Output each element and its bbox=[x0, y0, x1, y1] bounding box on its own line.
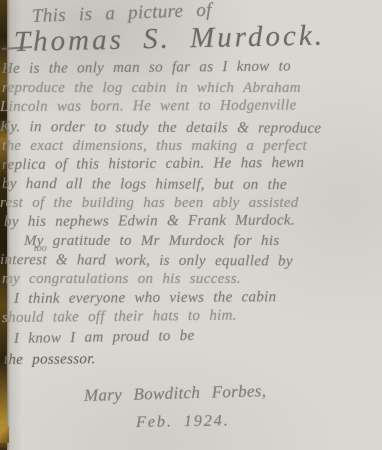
note-name-line: Thomas S. Murdock. bbox=[14, 19, 326, 59]
note-line: my congratulations on his success. bbox=[2, 271, 241, 288]
date-line: Feb. 1924. bbox=[136, 412, 230, 432]
note-line: I know I am proud to be bbox=[14, 328, 195, 348]
note-line: reproduce the log cabin in which Abraham bbox=[2, 80, 301, 97]
signature: Mary Bowditch Forbes, bbox=[84, 381, 267, 406]
note-line: I think everyone who views the cabin bbox=[14, 289, 277, 308]
frame-corner-gold bbox=[0, 426, 9, 443]
note-line: replica of this historic cabin. He has h… bbox=[2, 155, 304, 174]
note-line: He is the only man so far as I know to bbox=[2, 58, 291, 78]
note-line: should take off their hats to him. bbox=[2, 308, 237, 327]
note-line: by his nephews Edwin & Frank Murdock. bbox=[4, 212, 295, 231]
note-line: by hand all the logs himself, but on the bbox=[2, 176, 287, 194]
note-line: Lincoln was born. He went to Hodgenville bbox=[0, 97, 297, 116]
note-line: interest & hard work, is only equalled b… bbox=[0, 252, 293, 271]
inserted-word: too bbox=[34, 243, 47, 254]
note-line: the possessor. bbox=[4, 351, 96, 369]
note-line: the exact dimensions, thus making a perf… bbox=[2, 138, 307, 155]
note-line: Ky. in order to study the details & repr… bbox=[0, 119, 321, 138]
note-line: My gratitude to Mr Murdock for his bbox=[24, 233, 279, 250]
handwritten-note-page: This is a picture of Thomas S. Murdock. … bbox=[0, 0, 382, 450]
note-line: rest of the building has been ably assis… bbox=[0, 195, 299, 212]
